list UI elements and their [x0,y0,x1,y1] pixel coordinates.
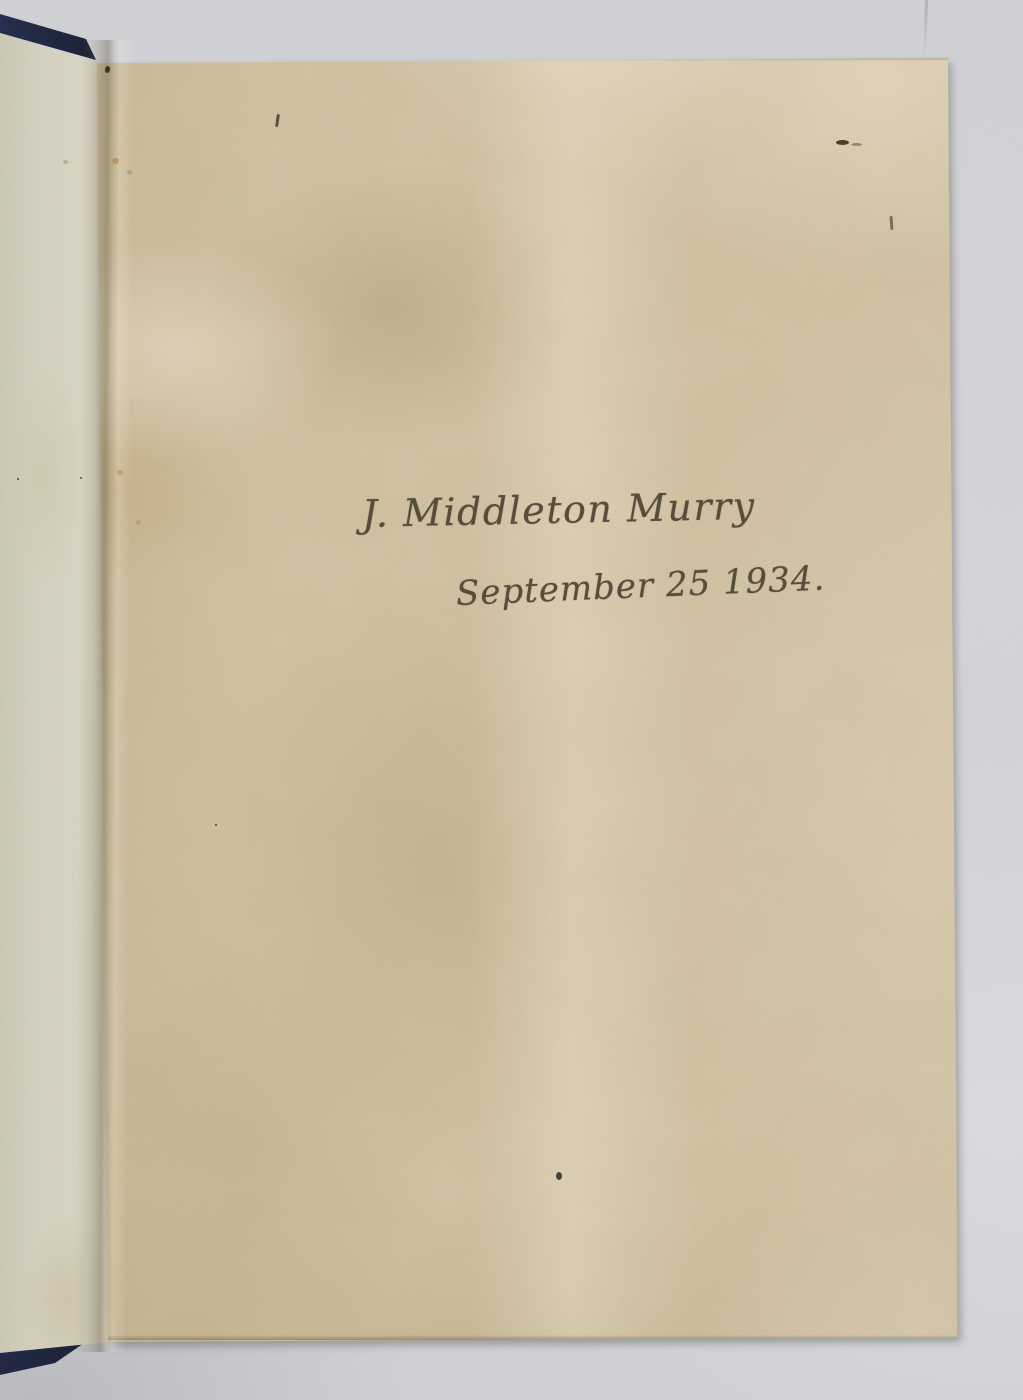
foxing-spot [127,170,132,175]
foxing-spot [63,160,68,164]
ink-speck [556,1172,562,1180]
ink-speck [836,140,849,145]
endpaper-page [0,0,1023,1400]
page-bottom-edge-shadow [105,1335,961,1340]
foxing-spot [112,158,119,164]
paper-fleck [17,478,19,480]
paper-fleck [215,824,217,826]
paper-fleck [80,477,82,479]
foxing-spot [117,470,123,475]
book-gutter [74,40,134,1352]
foxing-spot [136,520,141,525]
book-photograph: J. Middleton Murry September 25 1934. [0,0,1023,1400]
inscription-name: J. Middleton Murry [362,484,757,536]
endpaper-page-wrapper [0,0,1023,1400]
